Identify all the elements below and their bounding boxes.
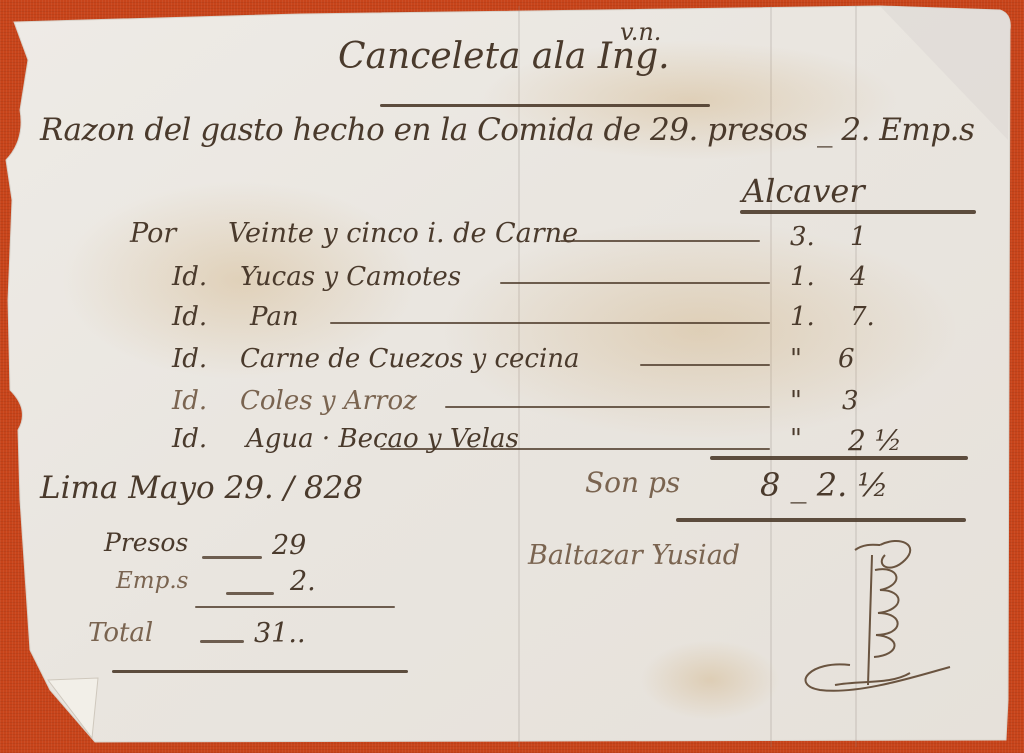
- item-reales: ": [790, 386, 802, 416]
- total-bottom-rule: [676, 518, 966, 522]
- item-prefix: Id.: [172, 302, 207, 332]
- item-prefix: Id.: [172, 424, 207, 454]
- heading-note: v.n.: [620, 18, 661, 46]
- total-label: Son ps: [585, 466, 680, 499]
- item-units: 7.: [850, 302, 875, 332]
- item-reales: 1.: [790, 302, 815, 332]
- item-reales: ": [790, 344, 802, 374]
- item-units: 4: [850, 262, 867, 292]
- leader-line: [330, 322, 770, 324]
- summary-label: Emp.s: [116, 568, 188, 594]
- item-label: Pan: [250, 302, 299, 332]
- total-value: 8 _ 2. ½: [760, 466, 888, 504]
- item-units: 3: [842, 386, 859, 416]
- leader-line: [640, 364, 770, 366]
- leader-line: [445, 406, 770, 408]
- place-date: Lima Mayo 29. / 828: [40, 470, 363, 506]
- signature: Baltazar Yusiad: [528, 540, 740, 571]
- item-reales: 3.: [790, 222, 815, 252]
- item-reales: ": [790, 424, 802, 454]
- summary-label: Total: [88, 618, 153, 648]
- item-label: Yucas y Camotes: [240, 262, 461, 292]
- column-header-underline: [740, 210, 976, 214]
- summary-value: 31..: [254, 618, 306, 649]
- summary-bottom-rule: [112, 670, 408, 673]
- total-top-rule: [710, 456, 968, 460]
- item-units: 1: [850, 222, 867, 252]
- title-line: Razon del gasto hecho en la Comida de 29…: [40, 112, 974, 148]
- item-prefix: Por: [130, 218, 176, 249]
- column-header: Alcaver: [742, 172, 865, 210]
- item-label: Coles y Arroz: [240, 386, 417, 416]
- summary-value: 2.: [290, 566, 316, 597]
- summary-rule: [195, 606, 395, 608]
- document-sheet: Canceleta ala Ing. v.n. Razon del gasto …: [0, 0, 1024, 753]
- item-label: Veinte y cinco i. de Carne: [228, 218, 578, 249]
- summary-dash: [226, 592, 274, 595]
- summary-value: 29: [272, 530, 306, 561]
- water-stain: [640, 640, 780, 720]
- summary-dash: [202, 556, 262, 559]
- item-label: Carne de Cuezos y cecina: [240, 344, 580, 374]
- item-units: 6: [838, 344, 855, 374]
- item-reales: 1.: [790, 262, 815, 292]
- leader-line: [560, 240, 760, 242]
- rubric-flourish-icon: [780, 535, 960, 705]
- summary-dash: [200, 640, 244, 643]
- heading-underline: [380, 104, 710, 107]
- item-prefix: Id.: [172, 262, 207, 292]
- summary-label: Presos: [104, 528, 188, 557]
- item-units: 2 ½: [848, 424, 902, 457]
- leader-line: [500, 282, 770, 284]
- item-prefix: Id.: [172, 344, 207, 374]
- leader-line: [380, 448, 770, 450]
- item-prefix: Id.: [172, 386, 207, 416]
